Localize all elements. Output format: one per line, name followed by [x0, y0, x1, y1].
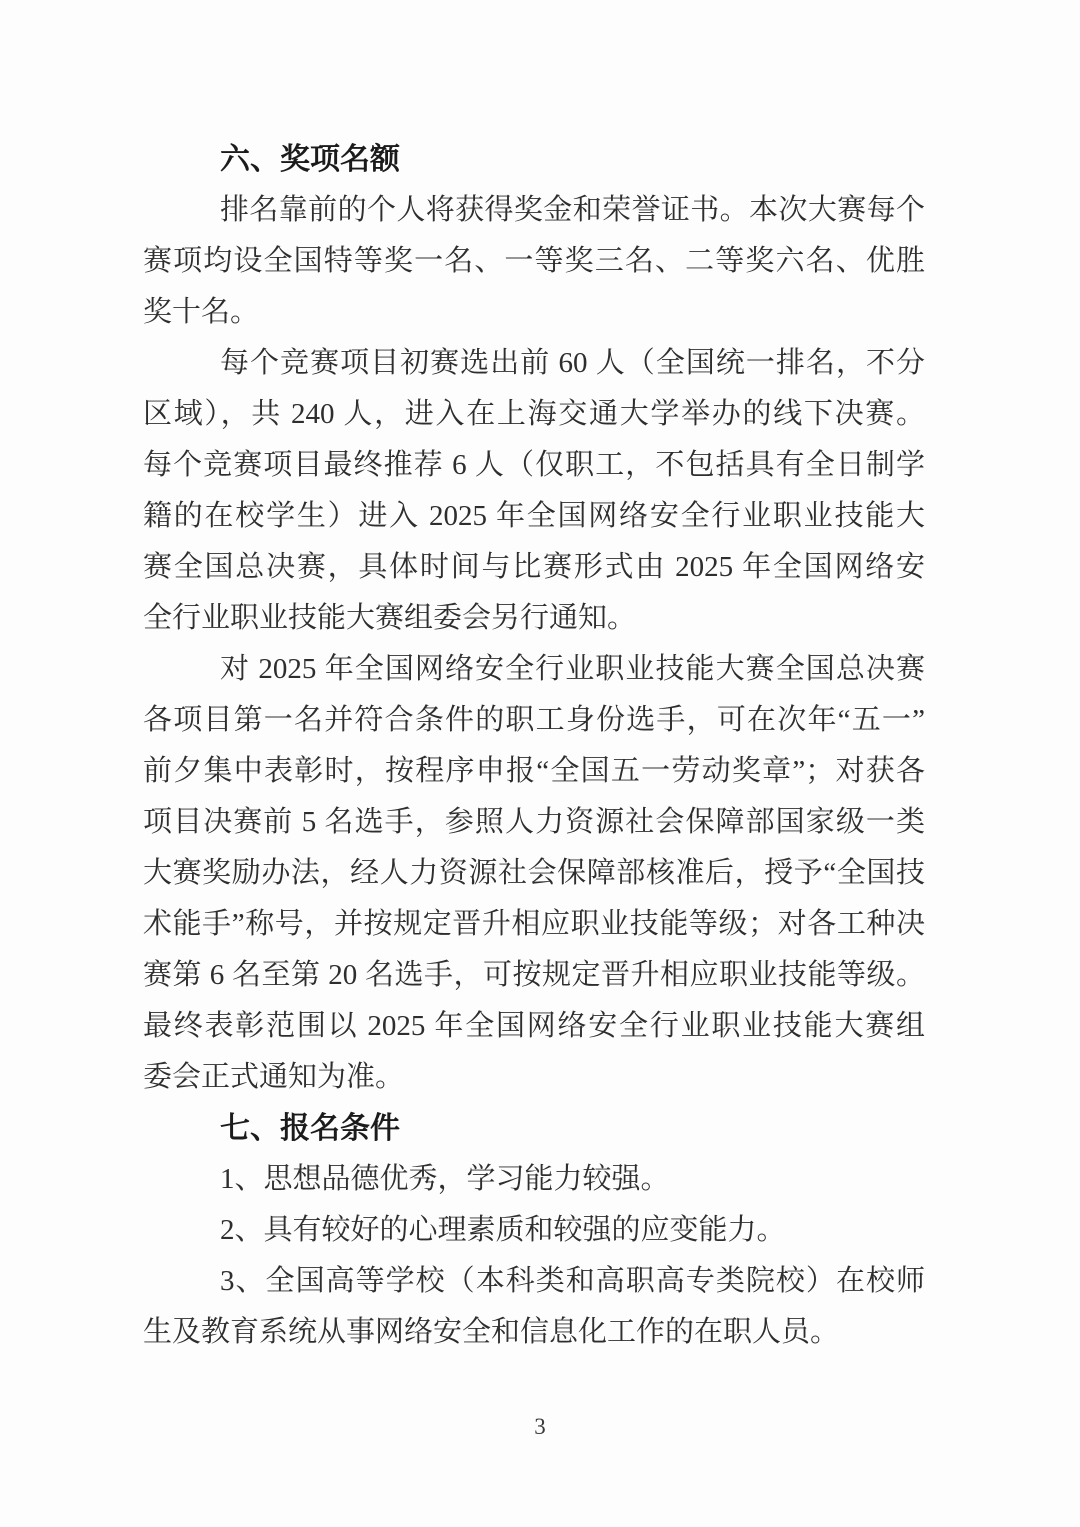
awards-para3-line2: 各项目第一名并符合条件的职工身份选手，可在次年“五一”: [143, 695, 925, 746]
document-page: 六、奖项名额 排名靠前的个人将获得奖金和荣誉证书。本次大赛每个 赛项均设全国特等…: [0, 0, 1080, 1527]
awards-para3-line8: 最终表彰范围以 2025 年全国网络安全行业职业技能大赛组: [143, 1001, 925, 1052]
awards-para3-line5: 大赛奖励办法，经人力资源社会保障部核准后，授予“全国技: [143, 848, 925, 899]
registration-item-3-line1: 3、全国高等学校（本科类和高职高专类院校）在校师: [143, 1256, 925, 1307]
document-text-block: 六、奖项名额 排名靠前的个人将获得奖金和荣誉证书。本次大赛每个 赛项均设全国特等…: [143, 134, 925, 1358]
awards-para3-line3: 前夕集中表彰时，按程序申报“全国五一劳动奖章”；对获各: [143, 746, 925, 797]
registration-item-1: 1、思想品德优秀，学习能力较强。: [143, 1154, 925, 1205]
awards-para2-line5: 赛全国总决赛，具体时间与比赛形式由 2025 年全国网络安: [143, 542, 925, 593]
awards-para3-line4: 项目决赛前 5 名选手，参照人力资源社会保障部国家级一类: [143, 797, 925, 848]
awards-para3-line7: 赛第 6 名至第 20 名选手，可按规定晋升相应职业技能等级。: [143, 950, 925, 1001]
section-heading-awards: 六、奖项名额: [143, 134, 925, 185]
awards-para3-line9: 委会正式通知为准。: [143, 1052, 925, 1103]
awards-para3-line1: 对 2025 年全国网络安全行业职业技能大赛全国总决赛: [143, 644, 925, 695]
awards-para1-line1: 排名靠前的个人将获得奖金和荣誉证书。本次大赛每个: [143, 185, 925, 236]
awards-para3-line6: 术能手”称号，并按规定晋升相应职业技能等级；对各工种决: [143, 899, 925, 950]
page-number: 3: [0, 1410, 1080, 1444]
awards-para2-line6: 全行业职业技能大赛组委会另行通知。: [143, 593, 925, 644]
awards-para2-line1: 每个竞赛项目初赛选出前 60 人（全国统一排名，不分: [143, 338, 925, 389]
registration-item-2: 2、具有较好的心理素质和较强的应变能力。: [143, 1205, 925, 1256]
awards-para2-line3: 每个竞赛项目最终推荐 6 人（仅职工，不包括具有全日制学: [143, 440, 925, 491]
registration-item-3-line2: 生及教育系统从事网络安全和信息化工作的在职人员。: [143, 1307, 925, 1358]
awards-para2-line2: 区域），共 240 人，进入在上海交通大学举办的线下决赛。: [143, 389, 925, 440]
awards-para2-line4: 籍的在校学生）进入 2025 年全国网络安全行业职业技能大: [143, 491, 925, 542]
awards-para1-line2: 赛项均设全国特等奖一名、一等奖三名、二等奖六名、优胜: [143, 236, 925, 287]
section-heading-registration: 七、报名条件: [143, 1103, 925, 1154]
awards-para1-line3: 奖十名。: [143, 287, 925, 338]
